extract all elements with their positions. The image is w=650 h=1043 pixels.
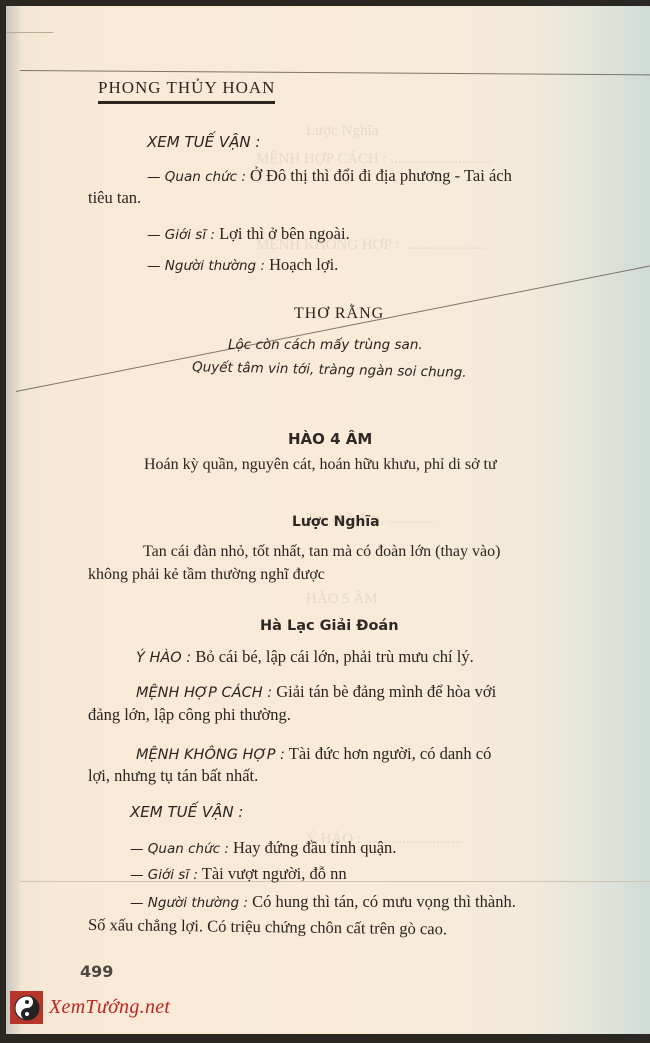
section-title: XEM TUẾ VẬN : (130, 803, 243, 821)
book-page: Lược Nghĩa MỆNH HỢP CÁCH : .............… (6, 6, 650, 1034)
item-label: — Quan chức : (147, 169, 246, 185)
bleed-through-text: Lược Nghĩa (306, 118, 378, 144)
item-label: — Quan chức : (130, 841, 229, 857)
list-item: — Giới sĩ : Lợi thì ở bên ngoài. (147, 224, 350, 244)
bleed-through-text: HÀO 5 ÂM (306, 586, 378, 612)
item-label: — Người thường : (130, 895, 248, 911)
list-item: — Quan chức : Hay đứng đầu tỉnh quận. (130, 838, 396, 858)
item-text: Giải tán bè đảng mình để hòa với (276, 682, 496, 701)
paper-crease-top (20, 70, 650, 75)
item-label: Ý HÀO : (136, 650, 191, 666)
list-item: — Quan chức : Ở Đô thị thì đổi đi địa ph… (147, 166, 512, 186)
section-heading: HÀO 4 ÂM (288, 430, 372, 448)
item-text: Hoạch lợi. (269, 255, 338, 274)
paragraph-line: Tan cái đàn nhỏ, tốt nhất, tan mà có đoà… (143, 543, 500, 561)
interpretation-line: MỆNH KHÔNG HỢP : Tài đức hơn người, có d… (136, 744, 491, 764)
item-text: Lợi thì ở bên ngoài. (219, 224, 350, 243)
item-continuation: lợi, nhưng tụ tán bất nhất. (88, 766, 258, 786)
list-item: — Người thường : Hoạch lợi. (147, 255, 338, 275)
poem-line: Lộc còn cách mấy trùng san. (228, 337, 423, 353)
hexagram-text: Hoán kỳ quần, nguyên cát, hoán hữu khưu,… (144, 456, 497, 474)
item-label: — Giới sĩ : (130, 867, 198, 883)
page-binding-edge (6, 6, 20, 1034)
watermark[interactable]: XemTướng.net (10, 991, 170, 1024)
item-text: Tài đức hơn người, có danh có (289, 744, 492, 763)
item-label: MỆNH KHÔNG HỢP : (136, 747, 285, 763)
page-number: 499 (80, 962, 113, 981)
list-item: — Người thường : Có hung thì tán, có mưu… (130, 892, 516, 912)
interpretation-line: Ý HÀO : Bỏ cái bé, lập cái lớn, phải trù… (136, 647, 474, 667)
item-text: Tài vượt người, đỗ nn (202, 864, 347, 883)
section-heading: Hà Lạc Giải Đoán (260, 618, 399, 634)
watermark-text: XemTướng.net (49, 996, 170, 1019)
item-text: Bỏ cái bé, lập cái lớn, phải trù mưu chí… (195, 647, 473, 666)
list-item: — Giới sĩ : Tài vượt người, đỗ nn (130, 864, 347, 884)
poem-line: Quyết tâm vin tới, tràng ngàn soi chung. (192, 359, 467, 381)
running-head: PHONG THỦY HOAN (98, 78, 275, 104)
item-text: Có hung thì tán, có mưu vọng thì thành. (252, 892, 516, 911)
item-continuation: đảng lớn, lập công phi thường. (88, 705, 291, 725)
section-title: XEM TUẾ VẬN : (147, 133, 260, 151)
section-heading: Lược Nghĩa (292, 514, 380, 530)
item-continuation: Số xấu chẳng lợi. Có triệu chứng chôn cấ… (88, 915, 447, 939)
item-text: Ở Đô thị thì đổi đi địa phương - Tai ách (250, 166, 512, 185)
item-continuation: tiêu tan. (88, 188, 141, 208)
item-text: Hay đứng đầu tỉnh quận. (233, 838, 396, 857)
item-label: — Giới sĩ : (147, 227, 215, 243)
page-fold-corner (6, 6, 80, 33)
interpretation-line: MỆNH HỢP CÁCH : Giải tán bè đảng mình để… (136, 682, 496, 702)
paragraph-line: không phải kẻ tầm thường nghĩ được (88, 566, 325, 584)
poem-title: THƠ RẰNG (294, 305, 384, 323)
item-label: MỆNH HỢP CÁCH : (136, 685, 272, 701)
item-label: — Người thường : (147, 258, 265, 274)
yin-yang-icon (10, 991, 43, 1024)
